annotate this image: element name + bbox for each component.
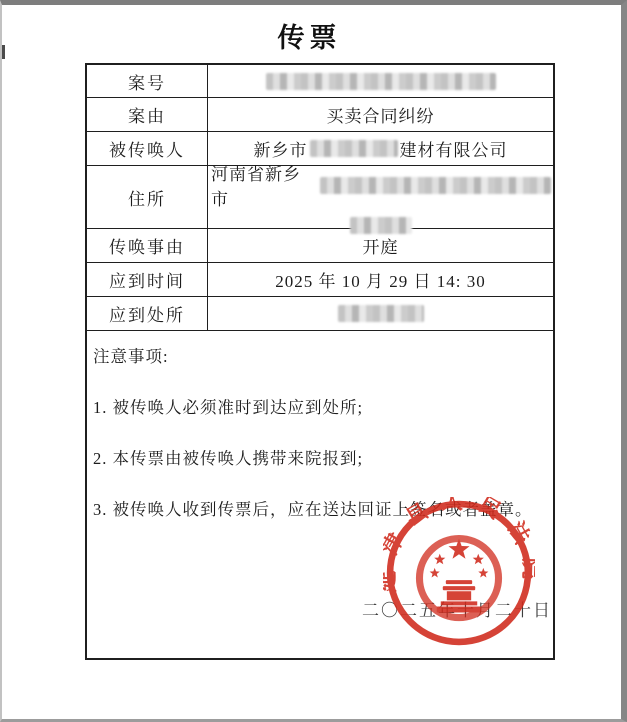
redacted-value [266, 73, 496, 90]
row-label: 应到处所 [87, 297, 208, 330]
row-label: 传唤事由 [87, 229, 208, 262]
redacted-value [350, 217, 412, 234]
note-item-1: 1. 被传唤人必须准时到达应到处所; [93, 394, 547, 418]
note-item-2: 2. 本传票由被传唤人携带来院报到; [93, 445, 547, 469]
national-emblem-icon [419, 539, 498, 618]
address-line-1: 河南省新乡市 [210, 160, 551, 210]
case-number-value [208, 65, 553, 97]
company-suffix: 建材有限公司 [400, 136, 508, 161]
redacted-value [338, 305, 424, 322]
cause-value: 买卖合同纠纷 [208, 98, 553, 131]
document-title: 传票 [2, 16, 617, 55]
redacted-value [320, 177, 551, 194]
row-label: 案号 [87, 65, 208, 97]
row-label: 应到时间 [87, 263, 208, 296]
appear-time-value: 2025 年 10 月 29 日 14: 30 [208, 263, 553, 296]
table-row-appear-place: 应到处所 [87, 297, 553, 331]
notes-heading: 注意事项: [93, 343, 547, 367]
summons-document-page: 传票 案号 案由 买卖合同纠纷 被传唤人 新乡市 建材有限公司 住所 河南省新 [0, 0, 627, 722]
row-label: 住所 [87, 166, 208, 228]
redacted-value [310, 140, 398, 157]
address-value: 河南省新乡市 [208, 166, 553, 228]
court-seal: 延津县人民法院 [383, 497, 535, 649]
row-label: 案由 [87, 98, 208, 131]
table-row-cause: 案由 买卖合同纠纷 [87, 98, 553, 132]
address-prefix: 河南省新乡市 [211, 160, 318, 210]
appear-place-value [208, 297, 553, 330]
table-row-case-number: 案号 [87, 65, 553, 98]
table-row-appear-time: 应到时间 2025 年 10 月 29 日 14: 30 [87, 263, 553, 297]
table-row-address: 住所 河南省新乡市 [87, 166, 553, 229]
company-prefix: 新乡市 [254, 136, 308, 161]
row-label: 被传唤人 [87, 132, 208, 165]
table-row-summons-reason: 传唤事由 开庭 [87, 229, 553, 263]
